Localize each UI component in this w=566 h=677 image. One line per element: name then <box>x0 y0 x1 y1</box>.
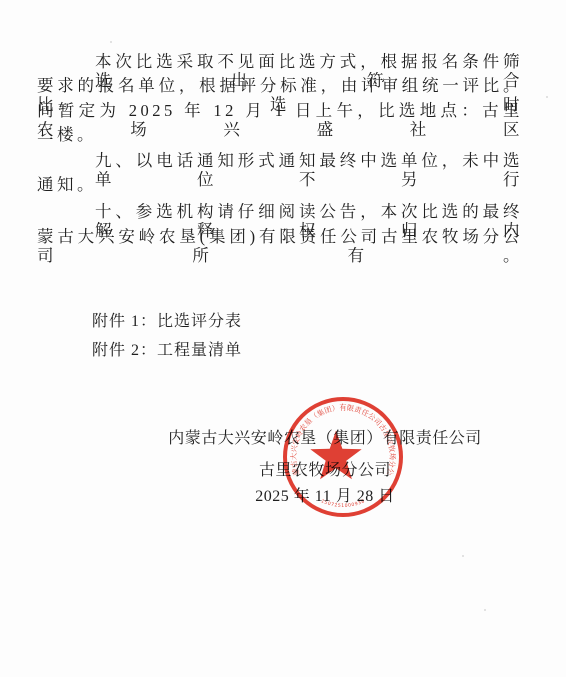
scanned-document-page: 本次比选采取不见面比选方式，根据报名条件筛选出符合 要求的报名单位，根据评分标准… <box>0 0 566 677</box>
scan-speckle <box>484 609 486 611</box>
scan-speckle <box>110 41 112 43</box>
body-line: 通知。 <box>37 175 523 194</box>
body-line: 蒙古大兴安岭农垦(集团)有限责任公司古里农牧场分公司所有。 <box>37 227 523 265</box>
attachment-item: 附件 2：工程量清单 <box>92 337 242 360</box>
scan-speckle <box>546 96 548 98</box>
signature-date: 2025 年 11 月 28 日 <box>130 483 520 506</box>
body-line: 二楼。 <box>37 125 523 144</box>
signature-branch: 古里农牧场分公司 <box>130 457 520 480</box>
scan-speckle <box>462 555 464 557</box>
attachment-item: 附件 1：比选评分表 <box>92 308 242 331</box>
signature-company: 内蒙古大兴安岭农垦（集团）有限责任公司 <box>130 425 520 448</box>
